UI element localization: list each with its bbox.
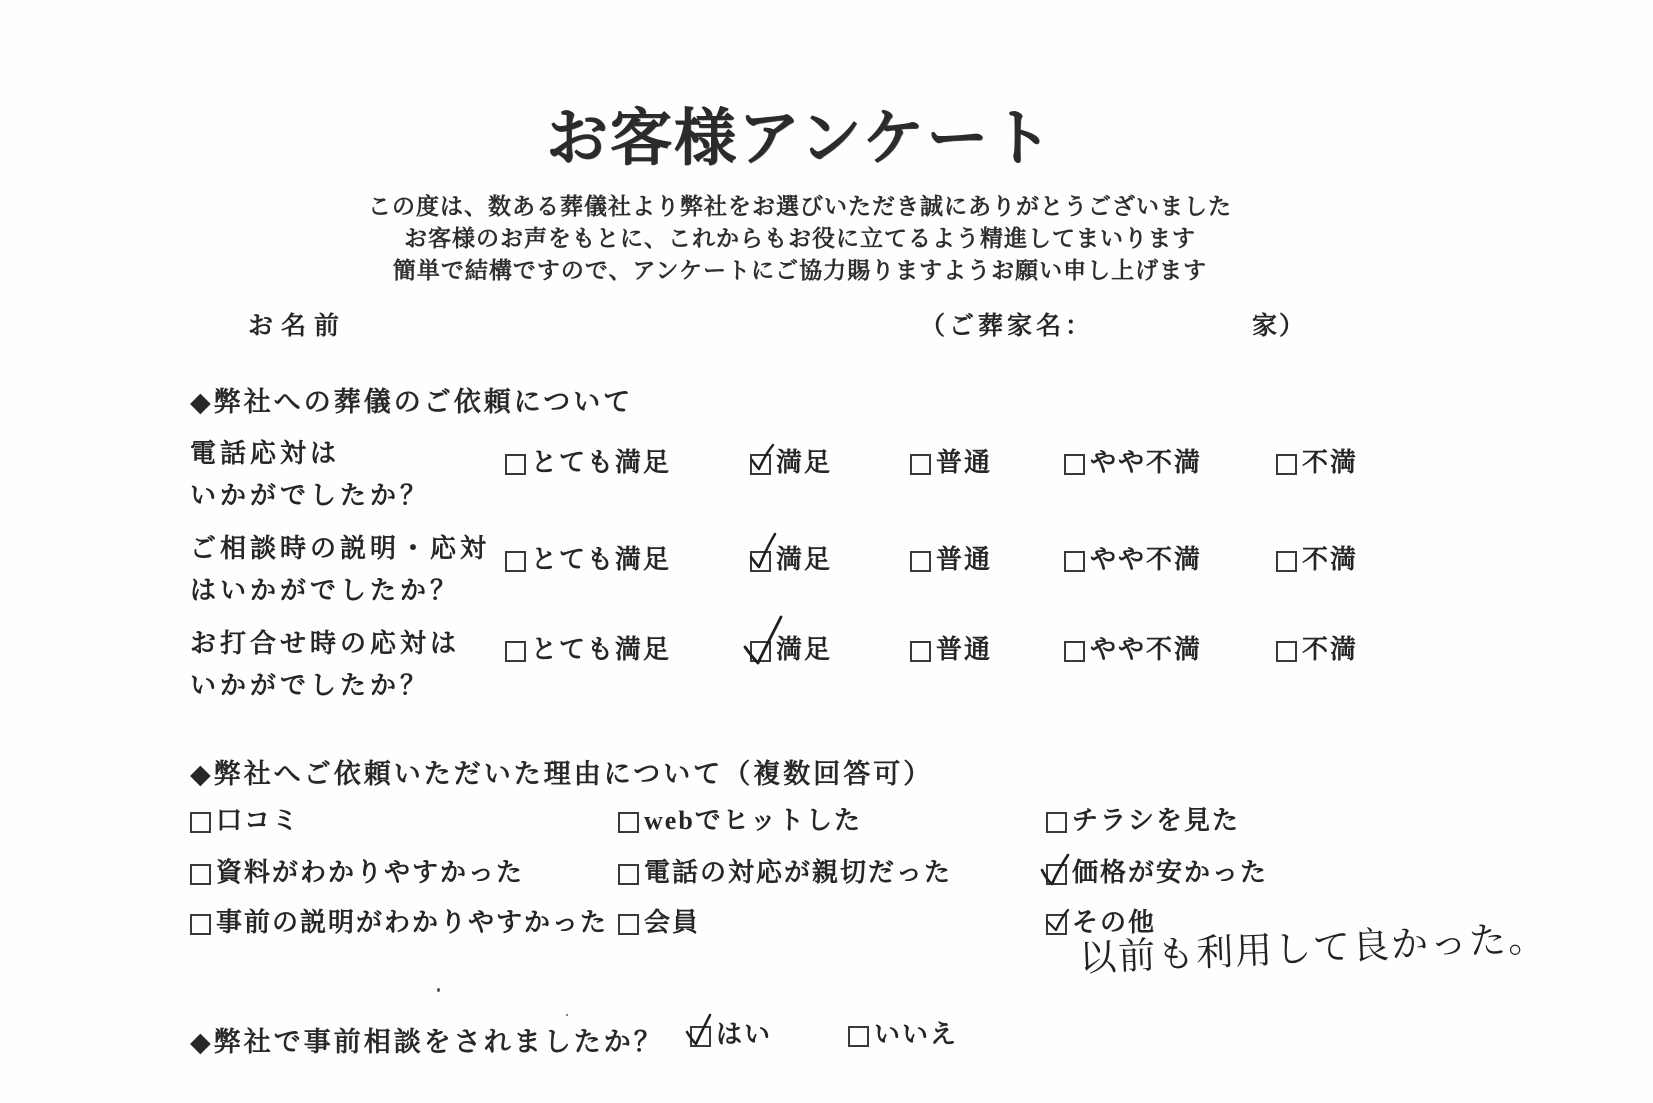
family-name-suffix: 家）	[1252, 306, 1306, 342]
scan-speckle	[566, 1014, 568, 1016]
checkbox-q2-dissatisfied[interactable]: 不満	[1276, 545, 1358, 575]
form-title: お客様アンケート	[300, 88, 1300, 177]
check-mark-icon	[748, 447, 778, 477]
section-request-heading: ◆弊社への葬儀のご依頼について	[190, 380, 633, 419]
survey-form-page: お客様アンケート この度は、数ある葬儀社より弊社をお選びいただき誠にありがとうご…	[0, 0, 1653, 1103]
check-mark-icon	[686, 1019, 716, 1053]
checkbox-box	[1046, 914, 1067, 935]
checkbox-consult-yes[interactable]: はい	[690, 1020, 772, 1050]
section-consult-heading: ◆弊社で事前相談をされましたか？	[190, 1020, 664, 1059]
intro-text: この度は、数ある葬儀社より弊社をお選びいただき誠にありがとうございました お客様…	[300, 191, 1300, 287]
checkbox-box	[505, 454, 526, 475]
checkbox-box	[1276, 641, 1297, 662]
check-mark-icon	[1041, 858, 1075, 894]
intro-line-2: お客様のお声をもとに、これからもお役に立てるよう精進してまいります	[300, 223, 1300, 255]
checkbox-q2-very-satisfied[interactable]: とても満足	[505, 545, 671, 575]
checkbox-q1-satisfied[interactable]: 満足	[750, 448, 832, 478]
section-reason-heading: ◆弊社へご依頼いただいた理由について（複数回答可）	[190, 752, 933, 791]
checkbox-box	[1046, 812, 1067, 833]
question-consult-line2: はいかがでしたか？	[190, 570, 490, 612]
checkbox-box	[690, 1026, 711, 1047]
checkbox-q3-satisfied[interactable]: 満足	[750, 635, 832, 665]
checkbox-box	[750, 454, 771, 475]
checkbox-reason-clear-materials[interactable]: 資料がわかりやすかった	[190, 858, 524, 888]
checkbox-reason-clear-advance-explanation[interactable]: 事前の説明がわかりやすかった	[190, 908, 608, 938]
form-header: お客様アンケート この度は、数ある葬儀社より弊社をお選びいただき誠にありがとうご…	[300, 88, 1300, 287]
checkbox-reason-kind-phone[interactable]: 電話の対応が親切だった	[618, 858, 952, 888]
question-consult-label: ご相談時の説明・応対 はいかがでしたか？	[190, 528, 490, 612]
checkbox-box	[910, 551, 931, 572]
checkbox-box	[190, 864, 211, 885]
scan-speckle	[437, 988, 440, 992]
question-meeting-line2: いかがでしたか？	[190, 665, 460, 707]
checkbox-reason-flyer[interactable]: チラシを見た	[1046, 806, 1240, 836]
checkbox-box	[1064, 454, 1085, 475]
name-field-label: お名前	[248, 306, 347, 342]
checkbox-q2-normal[interactable]: 普通	[910, 545, 992, 575]
checkbox-box	[505, 551, 526, 572]
checkbox-q2-slightly-dissatisfied[interactable]: やや不満	[1064, 545, 1202, 575]
family-name-label: （ご葬家名：	[920, 306, 1094, 342]
checkbox-q1-dissatisfied[interactable]: 不満	[1276, 448, 1358, 478]
checkbox-box	[1276, 551, 1297, 572]
checkbox-box	[910, 454, 931, 475]
intro-line-3: 簡単で結構ですので、アンケートにご協力賜りますようお願い申し上げます	[300, 255, 1300, 287]
checkbox-q3-normal[interactable]: 普通	[910, 635, 992, 665]
checkbox-box	[618, 864, 639, 885]
checkbox-q1-very-satisfied[interactable]: とても満足	[505, 448, 671, 478]
checkbox-box	[1046, 864, 1067, 885]
checkbox-box	[190, 812, 211, 833]
checkbox-box	[505, 641, 526, 662]
checkbox-reason-web-hit[interactable]: webでヒットした	[618, 806, 862, 836]
checkbox-consult-no[interactable]: いいえ	[848, 1020, 958, 1050]
checkbox-box	[618, 812, 639, 833]
checkbox-reason-low-price[interactable]: 価格が安かった	[1046, 858, 1268, 888]
checkbox-q1-normal[interactable]: 普通	[910, 448, 992, 478]
checkbox-reason-word-of-mouth[interactable]: 口コミ	[190, 806, 300, 836]
intro-line-1: この度は、数ある葬儀社より弊社をお選びいただき誠にありがとうございました	[300, 191, 1300, 223]
checkbox-q3-slightly-dissatisfied[interactable]: やや不満	[1064, 635, 1202, 665]
checkbox-box	[910, 641, 931, 662]
check-mark-icon	[1046, 912, 1072, 938]
checkbox-box	[1064, 551, 1085, 572]
checkbox-box	[750, 641, 771, 662]
checkbox-box	[1064, 641, 1085, 662]
checkbox-q2-satisfied[interactable]: 満足	[750, 545, 832, 575]
question-meeting-line1: お打合せ時の応対は	[190, 623, 460, 665]
question-meeting-label: お打合せ時の応対は いかがでしたか？	[190, 623, 460, 707]
question-phone-label: 電話応対は いかがでしたか？	[190, 433, 430, 517]
checkbox-q1-slightly-dissatisfied[interactable]: やや不満	[1064, 448, 1202, 478]
checkbox-box	[618, 914, 639, 935]
checkbox-box	[1276, 454, 1297, 475]
checkbox-reason-member[interactable]: 会員	[618, 908, 700, 938]
checkbox-box	[750, 551, 771, 572]
question-phone-line1: 電話応対は	[190, 433, 430, 475]
checkbox-q3-very-satisfied[interactable]: とても満足	[505, 635, 671, 665]
checkbox-q3-dissatisfied[interactable]: 不満	[1276, 635, 1358, 665]
question-phone-line2: いかがでしたか？	[190, 475, 430, 517]
question-consult-line1: ご相談時の説明・応対	[190, 528, 490, 570]
checkbox-box	[848, 1026, 869, 1047]
checkbox-box	[190, 914, 211, 935]
